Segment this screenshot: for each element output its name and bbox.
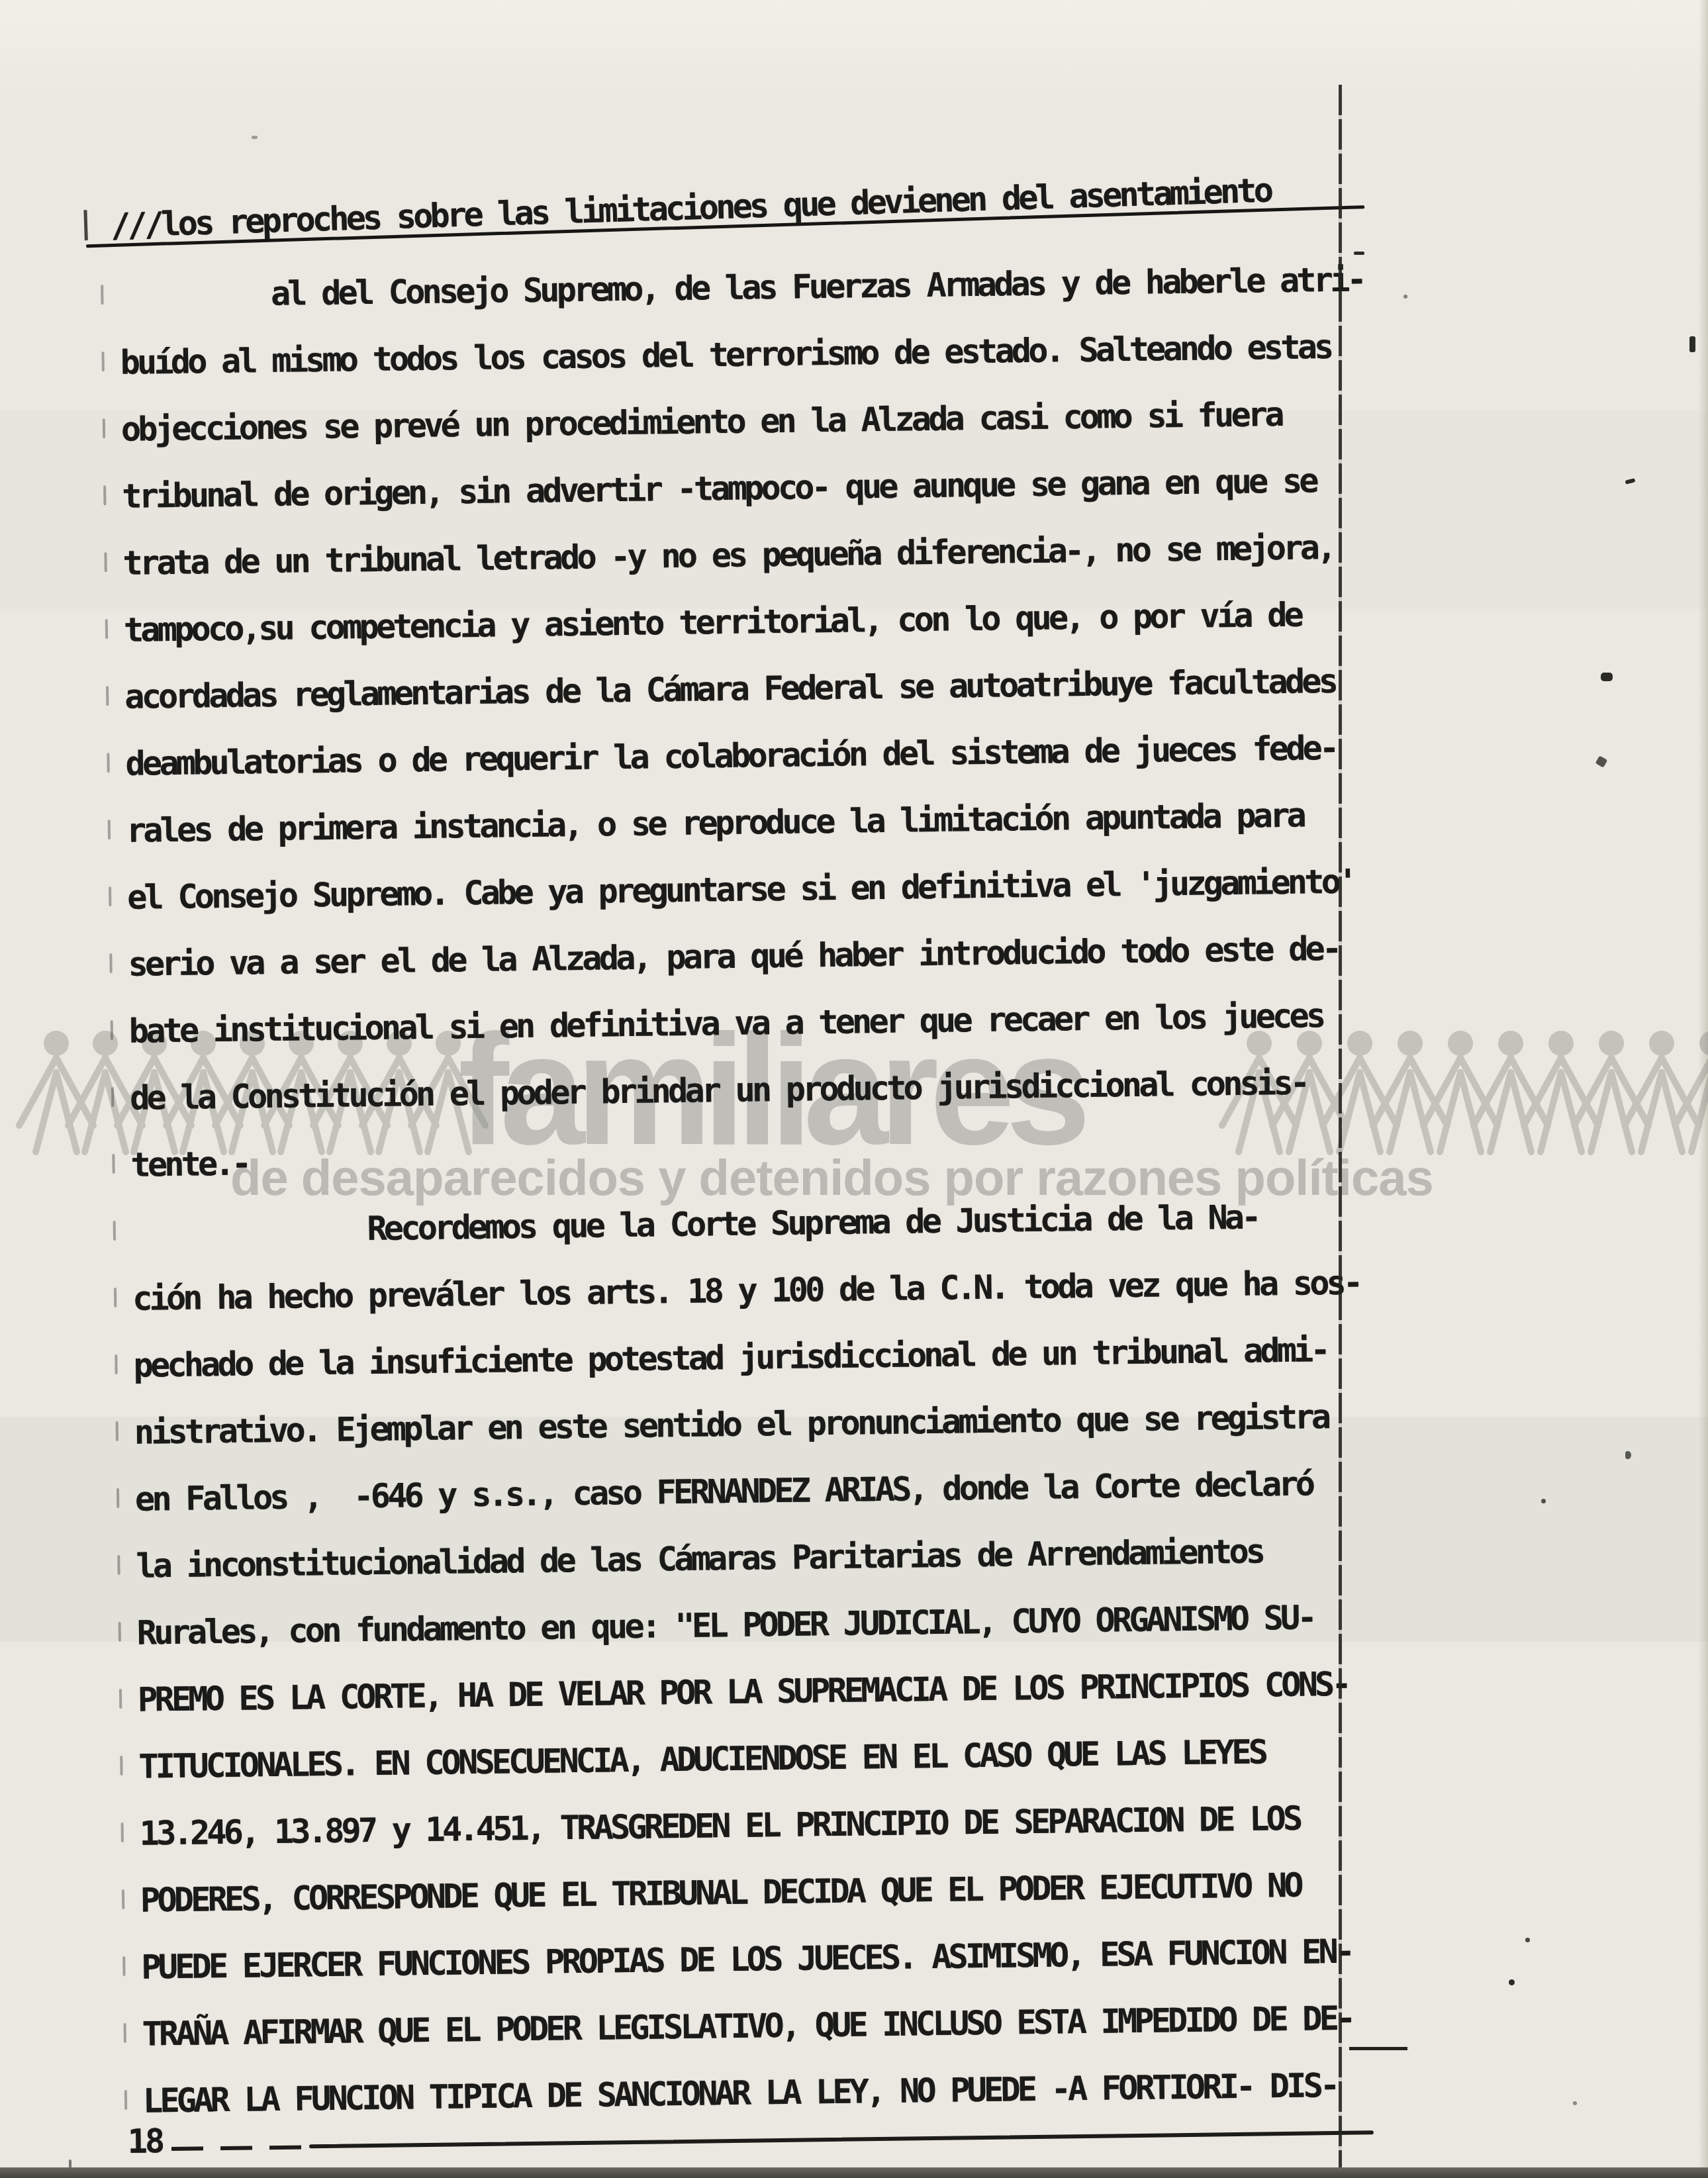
text-line: buído al mismo todos los casos del terro… [120,329,1331,386]
scan-speck [1509,1979,1515,1985]
page-number: 18 [127,2122,162,2161]
text-line: tribunal de origen, sin advertir -tampoc… [122,463,1316,520]
footer-rule-dashes [171,2145,307,2151]
text-line: LEGAR LA FUNCION TIPICA DE SANCIONAR LA … [143,2067,1337,2124]
text-line: Rurales, con fundamento en que: "EL PODE… [136,1599,1314,1656]
vertical-margin-rule [1339,85,1342,2178]
scan-speck [1354,252,1364,255]
text-line: PREMO ES LA CORTE, HA DE VELAR POR LA SU… [138,1666,1349,1723]
carryover-header-group: ///los reproches sobre las limitaciones … [0,0,1708,281]
scan-shading-right-edge [1699,0,1708,2178]
text-line: objecciones se prevé un procedimiento en… [121,397,1282,453]
text-line: TRAÑA AFIRMAR QUE EL PODER LEGISLATIVO, … [142,2001,1353,2058]
scan-speck [1689,336,1695,352]
text-line: acordadas reglamentarias de la Cámara Fe… [124,663,1336,720]
text-line: tampoco,su competencia y asiento territo… [124,597,1302,653]
text-line: PODERES, CORRESPONDE QUE EL TRIBUNAL DEC… [140,1868,1301,1924]
typewritten-text-block: ///los reproches sobre las limitaciones … [0,0,1708,2178]
short-margin-line [1349,2047,1407,2050]
text-line: TITUCIONALES. EN CONSECUENCIA, ADUCIENDO… [138,1734,1266,1789]
text-line: deambulatorias o de requerir la colabora… [125,730,1337,787]
text-line: en Fallos , -646 y s.s., caso FERNANDEZ … [135,1466,1313,1522]
text-line: la inconstitucionalidad de las Cámaras P… [136,1533,1263,1589]
scan-speck [1525,1938,1530,1942]
scan-speck [1403,295,1407,299]
scan-speck [1625,1451,1631,1459]
scan-bottom-edge [0,2167,1708,2178]
scan-speck [1541,1499,1546,1503]
text-line: Recordemos que la Corte Suprema de Justi… [132,1199,1259,1255]
scan-speck [252,136,258,139]
carryover-header-line: ///los reproches sobre las limitaciones … [110,171,1271,246]
scan-speck [1573,2101,1577,2105]
scanned-document-page: familiares de desaparecidos y detenidos … [0,0,1708,2178]
text-line: tente.- [130,1145,249,1188]
text-line: rales de primera instancia, o se reprodu… [126,798,1304,854]
text-line: nistrativo. Ejemplar en este sentido el … [134,1399,1328,1456]
text-line: pechado de la insuficiente potestad juri… [133,1332,1327,1389]
text-line: PUEDE EJERCER FUNCIONES PROPIAS DE LOS J… [141,1934,1352,1991]
text-line: bate institucional si en definitiva va a… [129,998,1323,1055]
text-line: trata de un tribunal letrado -y no es pe… [122,530,1334,587]
text-line: 13.246, 13.897 y 14.451, TRASGREDEN EL P… [139,1801,1300,1857]
text-line: ción ha hecho preváler los arts. 18 y 10… [132,1264,1360,1321]
margin-tick-icon [83,210,87,240]
text-line: serio va a ser el de la Alzada, para qué… [128,931,1339,988]
footer-rule [309,2130,1374,2148]
text-line: de la Constitución el poder brindar un p… [130,1065,1307,1121]
scan-speck [1601,673,1613,681]
text-line: el Consejo Supremo. Cabe ya preguntarse … [127,864,1355,921]
